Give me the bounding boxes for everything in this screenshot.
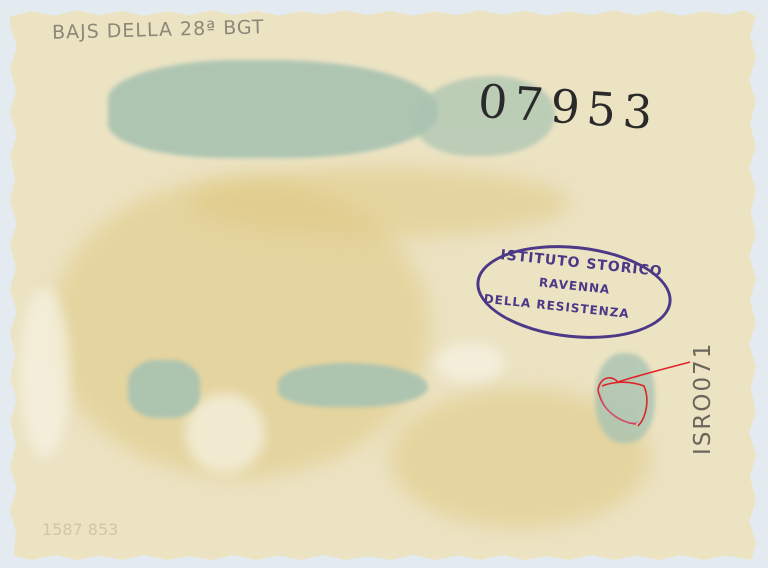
vertical-archive-code: ISRO071 [690,342,716,455]
paper-abrasion [435,343,505,383]
paper-abrasion [20,288,70,458]
faint-pencil-note: 1587 853 [42,520,118,539]
red-pencil-mark-icon [588,360,698,440]
water-stain [190,168,570,238]
glue-stain [128,360,200,418]
glue-stain [108,60,438,158]
glue-stain [278,363,428,407]
